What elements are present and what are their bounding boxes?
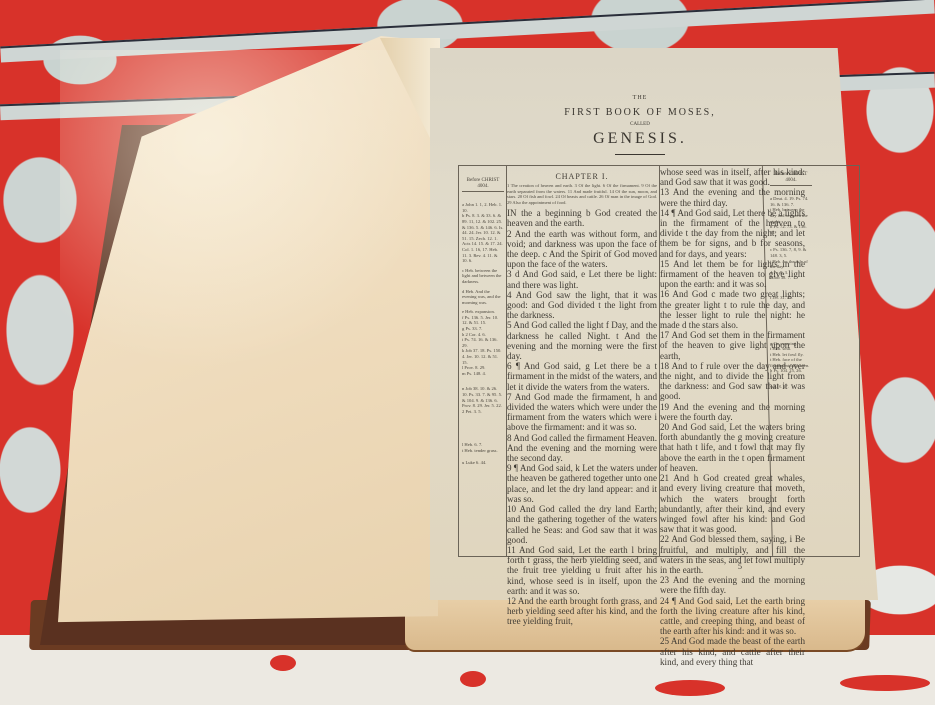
verse-10: 10 And God called the dry land Earth; an… [507, 504, 657, 545]
chapter-summary: 1 The creation of heaven and earth. 3 Of… [507, 183, 657, 205]
margin-note: f Ps. 136. 5. Jer. 10. 12. & 51. 15. [462, 315, 504, 326]
verse-1: IN the a beginning b God created the hea… [507, 208, 657, 228]
margin-note: d Heb. And the evening was, and the morn… [462, 289, 504, 306]
margin-note: t Heb. between the day and between the n… [770, 207, 812, 224]
margin-date-header: Before CHRIST 4004. [770, 172, 812, 186]
verse-6: 6 ¶ And God said, g Let there be a t fir… [507, 361, 657, 392]
margin-note: c Heb. between the light and between the… [462, 268, 504, 285]
margin-note: u Luke 6. 44. [462, 460, 504, 466]
verse-2: 2 And the earth was without form, and vo… [507, 229, 657, 270]
margin-note: c Ps. 136. 7, 8, 9. & 148. 3, 5. [770, 247, 812, 258]
margin-note: f Jer. 31. 35. [770, 295, 812, 301]
margin-note: sch. 8. 17. [770, 384, 812, 390]
book-heading: THE FIRST BOOK OF MOSES, CALLED GENESIS. [500, 95, 780, 155]
chapter-heading: CHAPTER I. [507, 172, 657, 182]
left-margin-references: Before CHRIST 4004. a John 1. 1, 2. Heb.… [462, 178, 504, 465]
margin-note: e Job 38. 7. [770, 275, 812, 281]
heading-rule [615, 154, 665, 155]
margin-note: m Ps. 148. 4. [462, 371, 504, 377]
page-number: 5 [738, 562, 742, 571]
flower-motif [840, 675, 930, 691]
verse-19: 19 And the evening and the morning were … [660, 402, 805, 422]
verse-12: 12 And the earth brought forth grass, an… [507, 596, 657, 627]
margin-note: t Heb. tender grass. [462, 448, 504, 454]
margin-note: n Job 38. 10. & 26. 10. Ps. 33. 7. & 95.… [462, 386, 504, 414]
verse-23: 23 And the evening and the morning were … [660, 575, 805, 595]
verse-22: 22 And God blessed them, saying, i Be fr… [660, 534, 805, 575]
verse-7: 7 And God made the firmament, h and divi… [507, 392, 657, 433]
verse-25: 25 And God made the beast of the earth a… [660, 636, 805, 667]
verse-4: 4 And God saw the light, that it was goo… [507, 290, 657, 321]
verse-20: 20 And God said, Let the waters bring fo… [660, 422, 805, 473]
margin-note: t Heb. for the rule of the day. [770, 259, 812, 270]
flower-motif [460, 671, 486, 687]
right-margin-references: Before CHRIST 4004. a Deut. 4. 19. Ps. 7… [770, 172, 812, 390]
text-column-1: CHAPTER I. 1 The creation of heaven and … [507, 172, 657, 627]
heading-first-book-of-moses: FIRST BOOK OF MOSES, [500, 107, 780, 118]
verse-24: 24 ¶ And God said, Let the earth bring f… [660, 596, 805, 637]
heading-called: CALLED [500, 122, 780, 127]
verse-21: 21 And h God created great whales, and e… [660, 473, 805, 534]
margin-note: t Heb. face of the firmament of heaven. [770, 357, 812, 368]
margin-note: b Ps. 8. 3. & 33. 6. & 89. 11, 12. & 102… [462, 213, 504, 263]
margin-note: b Ps. 72. 73. & 136. 22. [770, 224, 812, 235]
margin-note: a John 1. 1, 2. Heb. 1. 10. [462, 202, 504, 213]
verse-3: 3 d And God said, e Let there be light: … [507, 269, 657, 289]
verse-5: 5 And God called the light f Day, and th… [507, 320, 657, 361]
heading-genesis: GENESIS. [500, 130, 780, 148]
margin-date-header: Before CHRIST 4004. [462, 178, 504, 192]
margin-note: a Deut. 4. 19. Ps. 74. 16. & 136. 7. [770, 196, 812, 207]
verse-9: 9 ¶ And God said, k Let the waters under… [507, 463, 657, 504]
margin-note: h Ps. 104. 25, 26. [770, 368, 812, 374]
verse-11: 11 And God said, Let the earth l bring f… [507, 545, 657, 596]
margin-note: i Ps. 74. 16. & 136. 29. [462, 337, 504, 348]
heading-the: THE [500, 95, 780, 101]
margin-note: k Job 37. 18. Ps. 150. 4. Jer. 10. 12. &… [462, 348, 504, 365]
flower-motif [270, 655, 296, 671]
verse-8: 8 And God called the firmament Heaven. A… [507, 433, 657, 464]
flower-motif [655, 680, 725, 696]
